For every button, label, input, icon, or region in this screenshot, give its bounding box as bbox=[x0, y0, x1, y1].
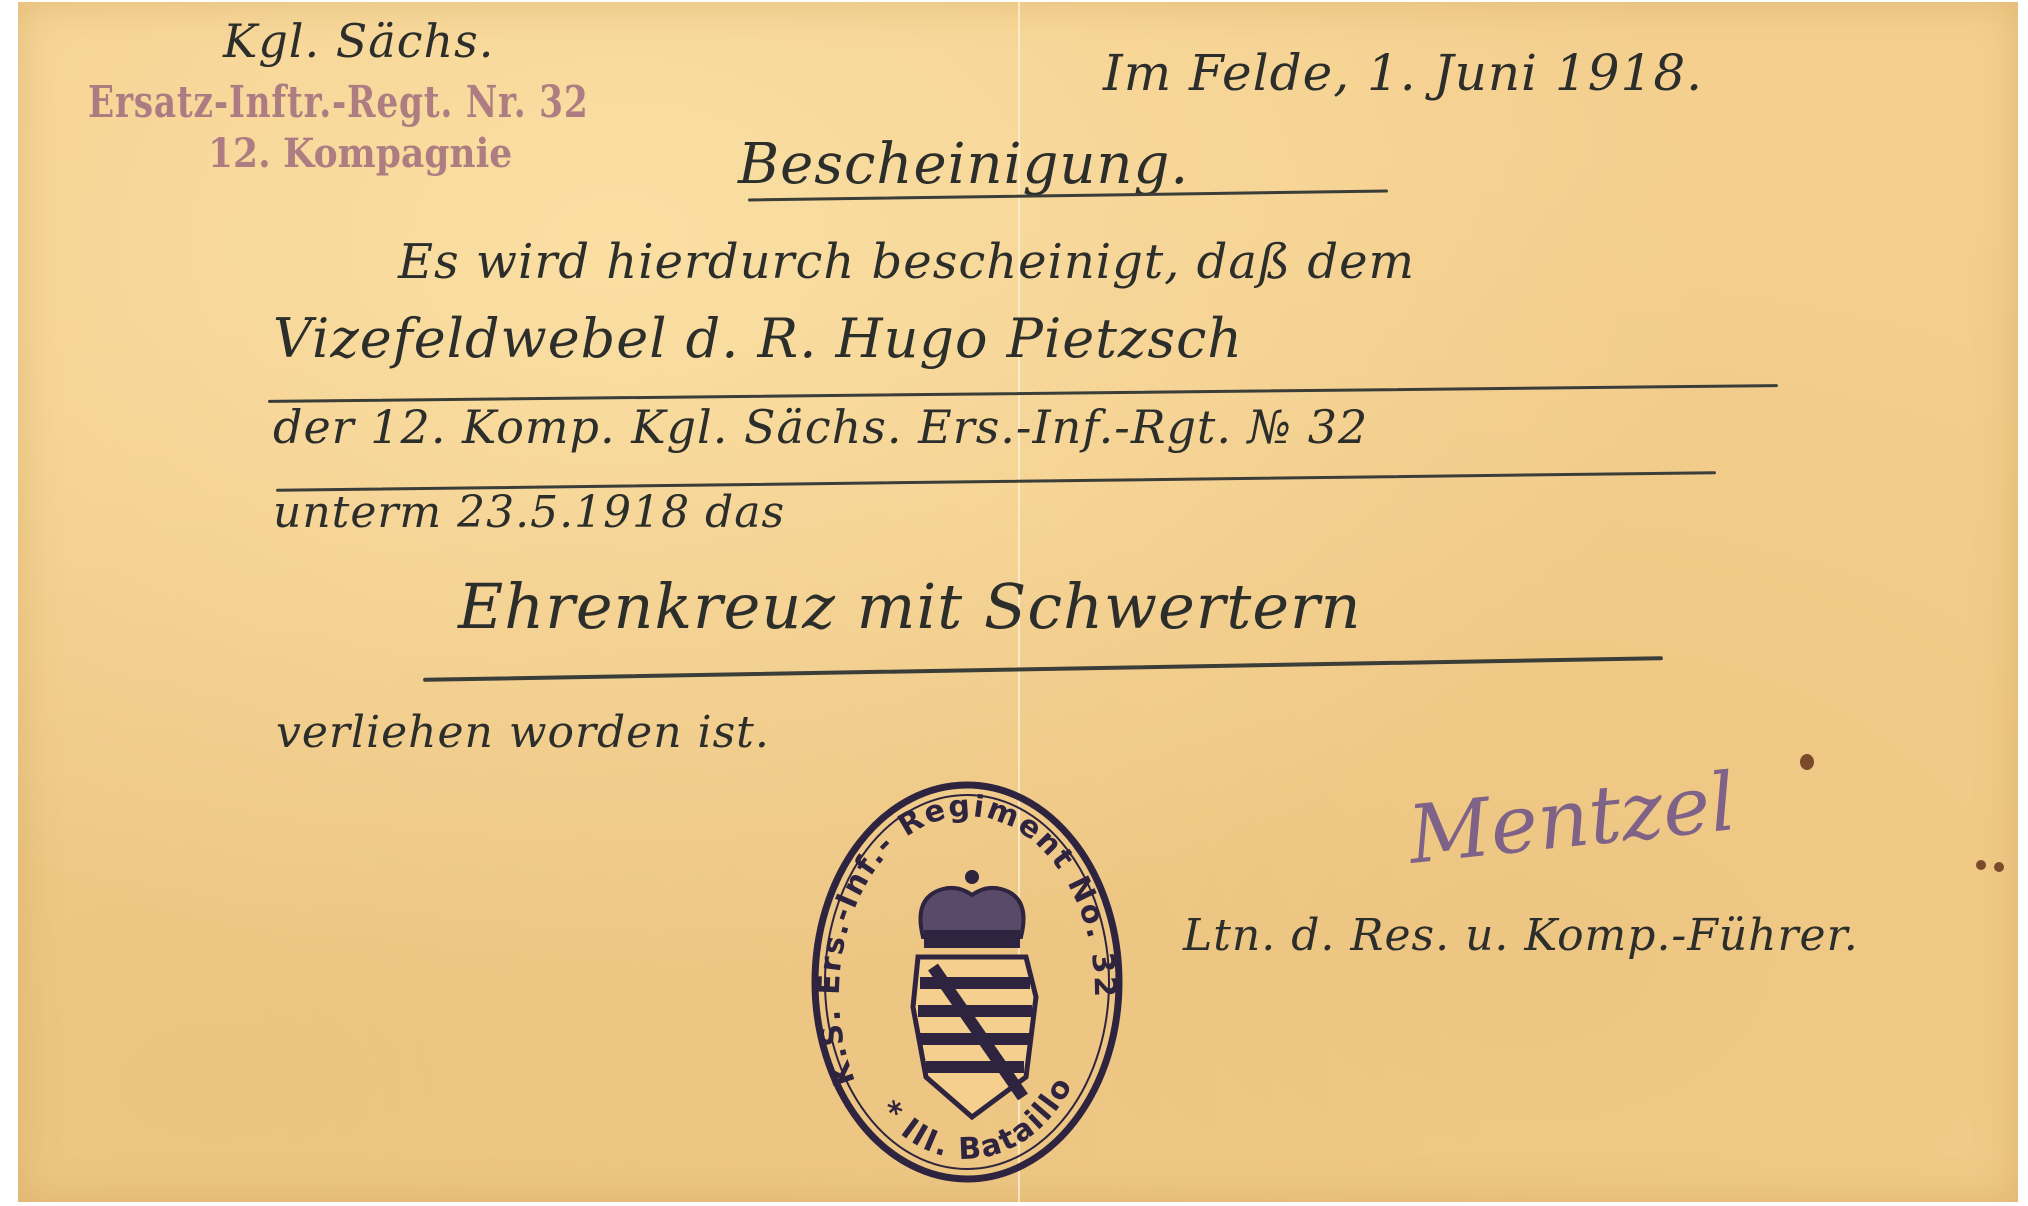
stain bbox=[1994, 862, 2004, 872]
crown-icon bbox=[921, 872, 1024, 946]
award-underline bbox=[423, 656, 1663, 682]
body-line-3-unit: der 12. Komp. Kgl. Sächs. Ers.-Inf.-Rgt.… bbox=[273, 400, 1368, 454]
stain bbox=[1976, 860, 1986, 870]
stain bbox=[1800, 754, 1814, 770]
document-paper: Kgl. Sächs. Ersatz-Inftr.-Regt. Nr. 32 1… bbox=[18, 2, 2018, 1202]
company-stamp: Ersatz-Inftr.-Regt. Nr. 32 12. Kompagnie bbox=[88, 77, 730, 177]
header-note: Kgl. Sächs. bbox=[223, 14, 494, 68]
award-name: Ehrenkreuz mit Schwertern bbox=[458, 570, 1362, 643]
seal-icon: K.S. Ers.-Inf.- Regiment No. 32 * III. B… bbox=[808, 777, 1126, 1187]
company-stamp-line1: Ersatz-Inftr.-Regt. Nr. 32 bbox=[88, 77, 588, 128]
body-line-1: Es wird hierdurch bescheinigt, daß dem bbox=[398, 234, 1415, 290]
signature: Mentzel bbox=[1404, 755, 1740, 882]
document-title: Bescheinigung. bbox=[738, 132, 1189, 197]
body-line-4-date: unterm 23.5.1918 das bbox=[273, 487, 785, 538]
signature-title: Ltn. d. Res. u. Komp.-Führer. bbox=[1183, 910, 1859, 961]
body-line-5: verliehen worden ist. bbox=[276, 707, 770, 758]
place-date: Im Felde, 1. Juni 1918. bbox=[1103, 44, 1703, 102]
regimental-seal: K.S. Ers.-Inf.- Regiment No. 32 * III. B… bbox=[808, 777, 1126, 1187]
body-line-2-name: Vizefeldwebel d. R. Hugo Pietzsch bbox=[273, 307, 1243, 370]
coat-of-arms-icon bbox=[913, 957, 1036, 1117]
company-stamp-line2: 12. Kompagnie bbox=[208, 130, 677, 177]
